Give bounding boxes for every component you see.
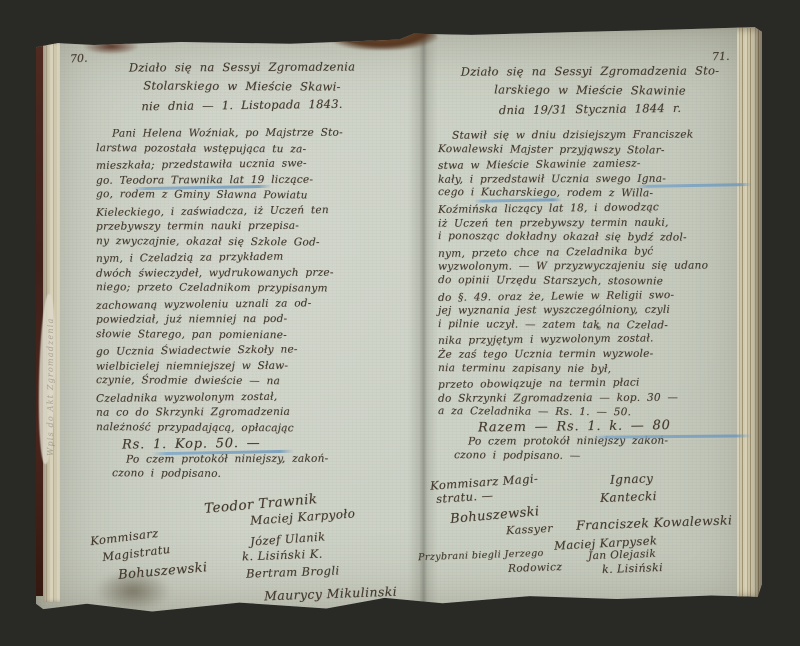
handwritten-header-line: Działo się na Sessyi Zgromadzenia — [102, 57, 382, 77]
handwritten-header-line: Stolarskiego w Mieście Skawi- — [102, 76, 382, 97]
handwritten-header-line: nie dnia — 1. Listopada 1843. — [102, 94, 382, 116]
handwritten-line: go Ucznia Świadectwie Szkoły ne- — [96, 341, 402, 360]
right-page-header: Działo się na Sessyi Zgromadzenia Sto-la… — [440, 62, 740, 119]
page-smudge — [96, 570, 170, 612]
handwritten-line: mieszkała; przedstawiła ucznia swe- — [96, 155, 402, 174]
handwritten-line: jej wyznania jest wyszczególniony, czyli — [438, 302, 752, 318]
margin-note: Wpis do Akt Zgromadzenia — [46, 318, 55, 456]
left-page-body: Pani Helena Woźniak, po Majstrze Sto-lar… — [96, 126, 402, 483]
book-gutter — [408, 26, 438, 618]
right-page-body: Stawił się w dniu dzisiejszym Franciszek… — [438, 128, 752, 464]
handwritten-header-line: dnia 19/31 Stycznia 1844 r. — [440, 98, 740, 121]
handwritten-line: Pani Helena Woźniak, po Majstrze Sto- — [96, 125, 402, 142]
handwritten-line: dwóch świeczydeł, wydrukowanych prze- — [96, 265, 402, 282]
photo-background: 70. 71. Działo się na Sessyi Zgromadzeni… — [0, 0, 800, 646]
handwritten-line: wyzwolonym. — W przyzwyczajeniu się udan… — [438, 259, 752, 275]
handwritten-line: Stawił się w dniu dzisiejszym Franciszek — [438, 127, 752, 143]
manuscript-book: 70. 71. Działo się na Sessyi Zgromadzeni… — [36, 26, 762, 618]
handwritten-line: czono i podpisano. — — [438, 448, 752, 465]
left-page-header: Działo się na Sessyi ZgromadzeniaStolars… — [102, 58, 382, 115]
handwritten-line: na co do Skrzynki Zgromadzenia — [96, 404, 402, 421]
handwritten-line: wielbicielej niemniejszej w Sław- — [96, 358, 402, 375]
handwritten-line: powiedział, już niemniej na pod- — [96, 311, 402, 328]
handwritten-header-line: Działo się na Sessyi Zgromadzenia Sto- — [440, 61, 740, 81]
handwritten-line: Że zaś tego Ucznia termin wyzwole- — [438, 346, 752, 362]
page-number-left: 70. — [70, 52, 88, 66]
handwritten-line: nym, i Czeladzią za przykładem — [96, 248, 402, 267]
handwritten-line: przebywszy termin nauki przepisa- — [96, 218, 402, 235]
spine-damage-stain — [326, 24, 438, 50]
handwritten-line: czono i podpisano. — [96, 466, 402, 483]
corner-damage-stain — [84, 39, 138, 54]
